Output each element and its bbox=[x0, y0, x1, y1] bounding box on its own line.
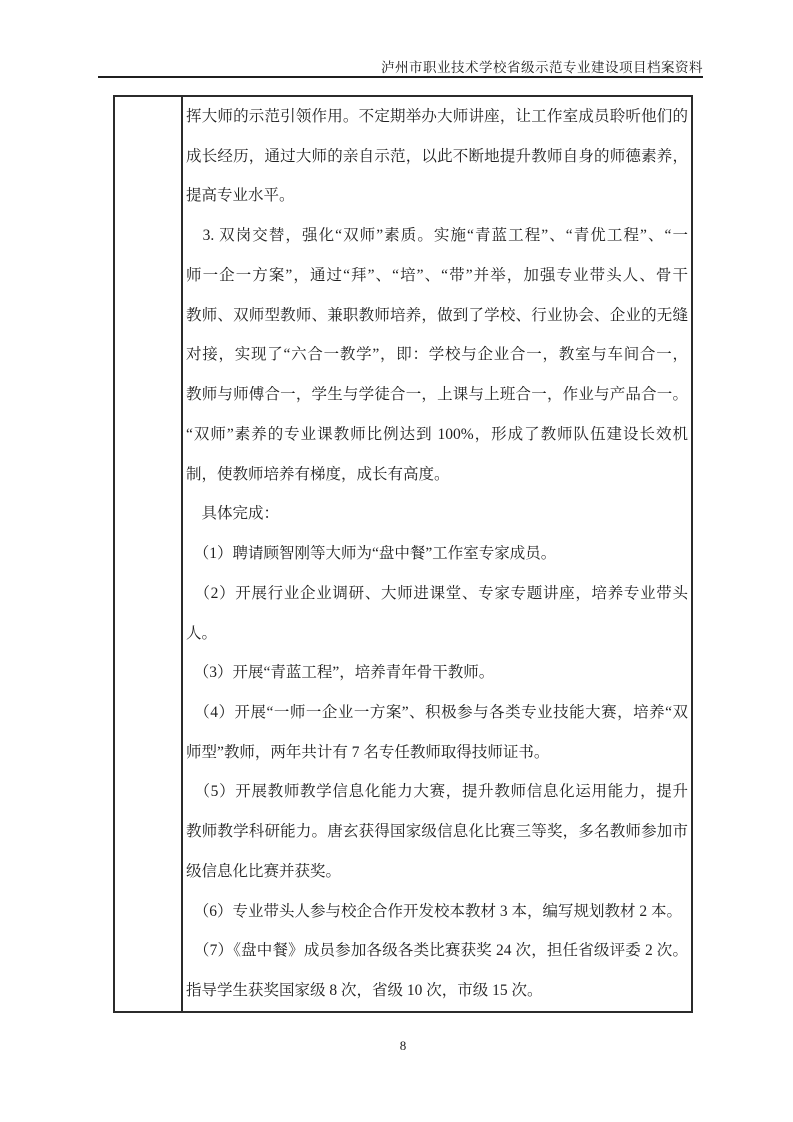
text-line: （4）开展“一师一企业一方案”、积极参与各类专业技能大赛，培养“双 bbox=[186, 693, 688, 733]
text-line: 对接，实现了“六合一教学”，即：学校与企业合一，教室与车间合一， bbox=[186, 335, 688, 375]
text-line: （3）开展“青蓝工程”，培养青年骨干教师。 bbox=[186, 653, 688, 693]
text-line: 具体完成： bbox=[186, 494, 688, 534]
text-line: （2）开展行业企业调研、大师进课堂、专家专题讲座，培养专业带头 bbox=[186, 574, 688, 614]
header-rule bbox=[98, 76, 703, 78]
text-line: （6）专业带头人参与校企合作开发校本教材 3 本，编写规划教材 2 本。 bbox=[186, 892, 688, 932]
table-content-cell: 挥大师的示范引领作用。不定期举办大师讲座，让工作室成员聆听他们的成长经历，通过大… bbox=[183, 97, 691, 1011]
text-line: （1）聘请顾智刚等大师为“盘中餐”工作室专家成员。 bbox=[186, 534, 688, 574]
text-line: 指导学生获奖国家级 8 次，省级 10 次，市级 15 次。 bbox=[186, 971, 688, 1011]
text-line: 教师与师傅合一，学生与学徒合一，上课与上班合一，作业与产品合一。 bbox=[186, 375, 688, 415]
text-line: “双师”素养的专业课教师比例达到 100%，形成了教师队伍建设长效机 bbox=[186, 415, 688, 455]
text-line: 制，使教师培养有梯度，成长有高度。 bbox=[186, 455, 688, 495]
text-line: 师型”教师，两年共计有 7 名专任教师取得技师证书。 bbox=[186, 733, 688, 773]
text-line: 教师教学科研能力。唐玄获得国家级信息化比赛三等奖，多名教师参加市 bbox=[186, 812, 688, 852]
page-number: 8 bbox=[113, 1038, 693, 1054]
table-label-cell bbox=[115, 97, 183, 1011]
text-line: 教师、双师型教师、兼职教师培养，做到了学校、行业协会、企业的无缝 bbox=[186, 296, 688, 336]
text-line: 3. 双岗交替，强化“双师”素质。实施“青蓝工程”、“青优工程”、“一 bbox=[186, 216, 688, 256]
page-header: 泸州市职业技术学校省级示范专业建设项目档案资料 bbox=[98, 56, 703, 76]
text-line: （5）开展教师教学信息化能力大赛，提升教师信息化运用能力，提升 bbox=[186, 772, 688, 812]
text-line: 级信息化比赛并获奖。 bbox=[186, 852, 688, 892]
document-page: 泸州市职业技术学校省级示范专业建设项目档案资料 挥大师的示范引领作用。不定期举办… bbox=[0, 0, 793, 1122]
text-line: 成长经历，通过大师的亲自示范，以此不断地提升教师自身的师德素养， bbox=[186, 137, 688, 177]
text-line: 挥大师的示范引领作用。不定期举办大师讲座，让工作室成员聆听他们的 bbox=[186, 97, 688, 137]
content-table: 挥大师的示范引领作用。不定期举办大师讲座，让工作室成员聆听他们的成长经历，通过大… bbox=[113, 95, 693, 1013]
text-line: 师一企一方案”，通过“拜”、“培”、“带”并举，加强专业带头人、骨干 bbox=[186, 256, 688, 296]
text-line: （7）《盘中餐》成员参加各级各类比赛获奖 24 次，担任省级评委 2 次。 bbox=[186, 931, 688, 971]
text-line: 提高专业水平。 bbox=[186, 176, 688, 216]
text-line: 人。 bbox=[186, 614, 688, 654]
